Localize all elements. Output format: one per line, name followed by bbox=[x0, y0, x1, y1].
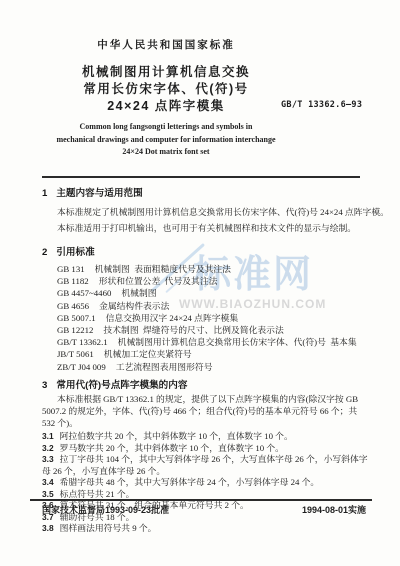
reference-code: ZB/T J04 009 bbox=[57, 362, 106, 372]
standard-number: GB/T 13362.6—93 bbox=[281, 100, 362, 110]
item-text: 阿拉伯数字共 20 个，其中斜体数字 10 个，直体数字 10 个。 bbox=[60, 431, 293, 441]
item-text: 拉丁字母共 104 个，其中大写斜体字母 26 个，大写直体字母 26 个，小写… bbox=[42, 454, 368, 476]
section-1-heading: 1主题内容与适用范围 bbox=[42, 185, 372, 199]
list-item: 3.2罗马数字共 20 个，其中斜体数字 10 个，直体数字 10 个。 bbox=[42, 443, 372, 455]
reference-code: JB/T 5061 bbox=[57, 349, 94, 359]
references-list: GB 131机械制图 表面粗糙度代号及其注法 GB 1182形状和位置公差 代号… bbox=[42, 263, 372, 373]
reference-code: GB 1182 bbox=[57, 276, 89, 286]
reference-item: GB 4457~4460机械制图 bbox=[57, 287, 372, 299]
reference-title: 机械制图 表面粗糙度代号及其注法 bbox=[95, 264, 231, 274]
item-text: 图样画法用符号共 9 个。 bbox=[60, 523, 157, 533]
footer-divider bbox=[30, 499, 372, 501]
reference-title: 工艺流程图表用图形符号 bbox=[116, 362, 213, 372]
section-title: 引用标准 bbox=[56, 247, 94, 258]
section-number: 1 bbox=[42, 188, 47, 199]
reference-item: GB 12212技术制图 焊缝符号的尺寸、比例及简化表示法 bbox=[57, 324, 372, 336]
reference-item: ZB/T J04 009工艺流程图表用图形符号 bbox=[57, 361, 372, 373]
reference-title: 金属结构件表示法 bbox=[99, 301, 169, 311]
section-3-intro: 本标准根据 GB/T 13362.1 的规定，提供了以下点阵字模集的内容(除汉字… bbox=[42, 393, 372, 430]
scanned-standard-document: 标准网 WWW.BIAOZHUN.COM 中华人民共和国国家标准 机械制图用计算… bbox=[0, 0, 400, 566]
reference-code: GB/T 13362.1 bbox=[57, 337, 108, 347]
reference-code: GB 12212 bbox=[57, 325, 93, 335]
reference-item: JB/T 5061机械加工定位夹紧符号 bbox=[57, 348, 372, 360]
implementation-date: 1994-08-01实施 bbox=[302, 503, 366, 516]
header-divider bbox=[42, 176, 360, 178]
english-title-line-3: 24×24 Dot matrix font set bbox=[0, 146, 332, 159]
english-title-line-2: mechanical drawings and computer for inf… bbox=[0, 134, 332, 147]
section-number: 2 bbox=[42, 247, 47, 258]
national-standard-label: 中华人民共和国国家标准 bbox=[0, 37, 332, 52]
title-line-1: 机械制图用计算机信息交换 bbox=[0, 64, 332, 81]
reference-title: 机械制图用计算机信息交换常用长仿宋字体、代(符)号 基本集 bbox=[118, 337, 357, 347]
list-item: 3.1阿拉伯数字共 20 个，其中斜体数字 10 个，直体数字 10 个。 bbox=[42, 431, 372, 443]
reference-code: GB 4656 bbox=[57, 301, 89, 311]
item-number: 3.1 bbox=[42, 431, 54, 441]
paragraph: 本标准适用于打印机输出，也可用于有关机械图样和技术文件的显示与绘制。 bbox=[42, 220, 372, 236]
reference-item: GB/T 13362.1机械制图用计算机信息交换常用长仿宋字体、代(符)号 基本… bbox=[57, 336, 372, 348]
list-item: 3.4希腊字母共 48 个，其中大写斜体字母 24 个，小写斜体字母 24 个。 bbox=[42, 477, 372, 489]
reference-title: 技术制图 焊缝符号的尺寸、比例及简化表示法 bbox=[103, 325, 283, 335]
reference-title: 形状和位置公差 代号及其注法 bbox=[99, 276, 218, 286]
item-text: 希腊字母共 48 个，其中大写斜体字母 24 个，小写斜体字母 24 个。 bbox=[60, 477, 320, 487]
reference-code: GB 5007.1 bbox=[57, 313, 96, 323]
list-item: 3.3拉丁字母共 104 个，其中大写斜体字母 26 个，大写直体字母 26 个… bbox=[42, 454, 372, 477]
reference-item: GB 4656金属结构件表示法 bbox=[57, 300, 372, 312]
item-number: 3.5 bbox=[42, 489, 54, 499]
item-text: 罗马数字共 20 个，其中斜体数字 10 个，直体数字 10 个。 bbox=[60, 443, 284, 453]
english-title-line-1: Common long fangsongti letterings and sy… bbox=[0, 121, 332, 134]
section-3-heading: 3常用代(符)号点阵字模集的内容 bbox=[42, 377, 372, 391]
english-title: Common long fangsongti letterings and sy… bbox=[0, 121, 332, 159]
item-text: 标点符号共 21 个。 bbox=[60, 489, 135, 499]
section-title: 主题内容与适用范围 bbox=[56, 188, 142, 199]
reference-item: GB 5007.1信息交换用汉字 24×24 点阵字模集 bbox=[57, 312, 372, 324]
reference-title: 信息交换用汉字 24×24 点阵字模集 bbox=[106, 313, 239, 323]
reference-item: GB 1182形状和位置公差 代号及其注法 bbox=[57, 275, 372, 287]
title-line-2: 常用长仿宋字体、代(符)号 bbox=[0, 81, 332, 98]
reference-code: GB 4457~4460 bbox=[57, 288, 111, 298]
reference-item: GB 131机械制图 表面粗糙度代号及其注法 bbox=[57, 263, 372, 275]
section-number: 3 bbox=[42, 380, 47, 391]
item-number: 3.2 bbox=[42, 443, 54, 453]
item-number: 3.4 bbox=[42, 477, 54, 487]
document-body: 1主题内容与适用范围 本标准规定了机械制图用计算机信息交换常用长仿宋字体、代(符… bbox=[42, 185, 372, 535]
reference-title: 机械加工定位夹紧符号 bbox=[104, 349, 192, 359]
reference-title: 机械制图 bbox=[121, 288, 156, 298]
approval-note: 国家技术监督局1993-09-23批准 bbox=[42, 503, 169, 516]
paragraph: 本标准规定了机械制图用计算机信息交换常用长仿宋字体、代(符)号 24×24 点阵… bbox=[42, 204, 372, 220]
section-title: 常用代(符)号点阵字模集的内容 bbox=[56, 380, 187, 391]
section-2-heading: 2引用标准 bbox=[42, 244, 372, 258]
list-item: 3.8图样画法用符号共 9 个。 bbox=[42, 523, 372, 535]
content-items-list: 3.1阿拉伯数字共 20 个，其中斜体数字 10 个，直体数字 10 个。 3.… bbox=[42, 431, 372, 535]
item-number: 3.8 bbox=[42, 523, 54, 533]
reference-code: GB 131 bbox=[57, 264, 85, 274]
item-number: 3.3 bbox=[42, 454, 54, 464]
